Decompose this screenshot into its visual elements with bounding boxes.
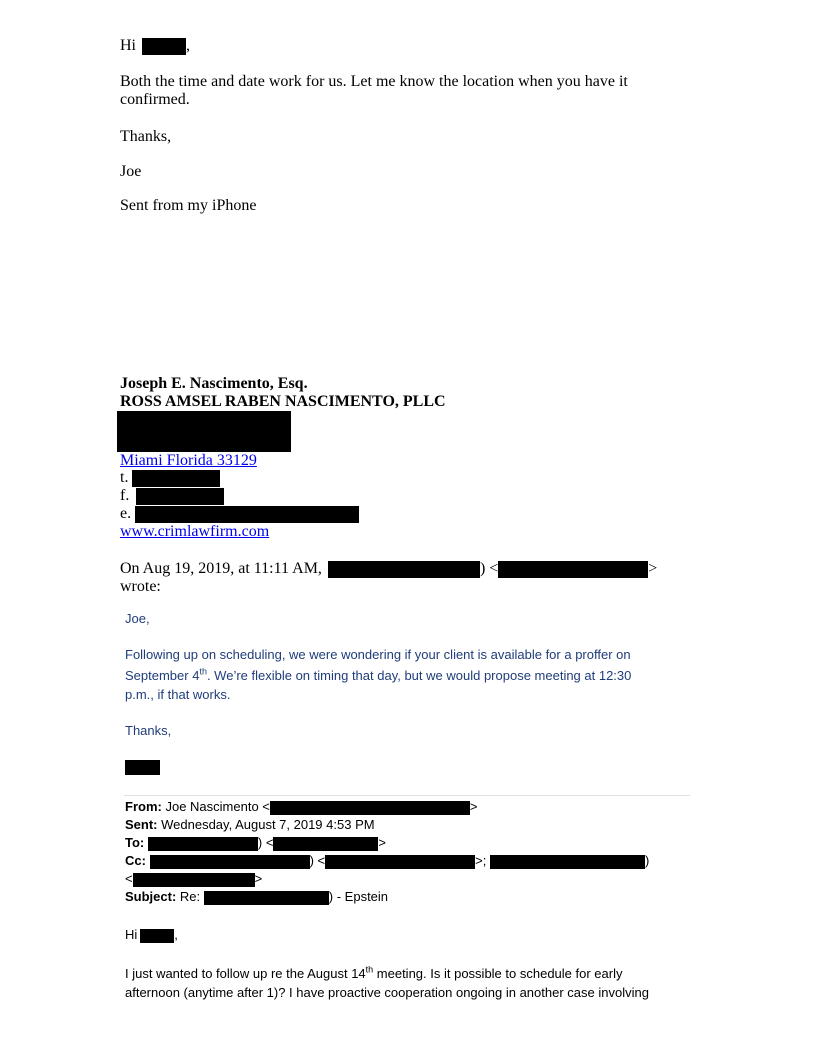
- quoted-para-line-2-rest: . We’re flexible on timing that day, but…: [207, 668, 631, 683]
- reply-body-line-2: confirmed.: [120, 91, 190, 109]
- quoted-greeting: Joe,: [125, 609, 150, 629]
- reply-signoff: Joe: [120, 163, 141, 181]
- to-label: To:: [125, 835, 144, 850]
- header-subject-row: Subject: Re: ) - Epstein: [125, 888, 388, 906]
- header-cc-row: Cc: ) <>; ): [125, 852, 649, 870]
- quoted-closing: Thanks,: [125, 721, 171, 741]
- angle-close: >: [648, 560, 657, 577]
- quoted-intro-line-1: On Aug 19, 2019, at 11:11 AM, ) <>: [120, 560, 657, 578]
- paren-close: ): [480, 560, 485, 577]
- earlier-greeting-text: Hi: [125, 927, 137, 942]
- header-from-row: From: Joe Nascimento <>: [125, 798, 477, 816]
- email-label: e.: [120, 505, 131, 522]
- header-to-row: To: ) <>: [125, 834, 386, 852]
- cc-sep: >;: [475, 853, 486, 868]
- signature-firm: ROSS AMSEL RABEN NASCIMENTO, PLLC: [120, 393, 446, 411]
- message-divider: [124, 795, 690, 796]
- subject-suffix: ) - Epstein: [329, 889, 388, 904]
- redacted-cc-email-2: [133, 873, 255, 887]
- from-label: From:: [125, 799, 162, 814]
- to-tail: >: [378, 835, 386, 850]
- from-value: Joe Nascimento <: [165, 799, 269, 814]
- angle-open: <: [489, 560, 498, 577]
- redacted-cc-name-2: [490, 855, 645, 869]
- reply-closing: Thanks,: [120, 128, 171, 146]
- fax-label: f.: [120, 487, 129, 504]
- quoted-intro-date: On Aug 19, 2019, at 11:11 AM,: [120, 560, 322, 577]
- reply-body-line-1: Both the time and date work for us. Let …: [120, 73, 628, 91]
- redacted-to-name: [148, 837, 258, 851]
- redacted-quoted-signoff: [125, 760, 160, 775]
- header-cc-row-2: <>: [125, 870, 262, 888]
- cc-line2-close: >: [255, 871, 263, 886]
- email-document-page: Hi , Both the time and date work for us.…: [0, 0, 816, 1056]
- redacted-from-email: [270, 801, 470, 815]
- earlier-greeting-punct: ,: [174, 927, 178, 942]
- to-mid: ) <: [258, 835, 274, 850]
- greeting-text: Hi: [120, 37, 136, 54]
- from-tail: >: [470, 799, 478, 814]
- redacted-recipient-name: [142, 38, 186, 55]
- redacted-street-address: [117, 411, 291, 452]
- cc-line2-open: <: [125, 871, 133, 886]
- greeting-punct: ,: [186, 37, 190, 54]
- redacted-subject-case: [204, 891, 329, 905]
- earlier-line-1-start: I just wanted to follow up re the August…: [125, 966, 366, 981]
- redacted-to-email: [273, 837, 378, 851]
- redacted-sender-email: [498, 561, 648, 578]
- earlier-line-2: afternoon (anytime after 1)? I have proa…: [125, 983, 649, 1003]
- redacted-earlier-recipient: [140, 929, 174, 943]
- sent-label: Sent:: [125, 817, 158, 832]
- signature-phone-row: t.: [120, 469, 220, 487]
- earlier-line-1-rest: meeting. Is it possible to schedule for …: [373, 966, 622, 981]
- subject-prefix: Re:: [180, 889, 200, 904]
- quoted-intro-line-2: wrote:: [120, 578, 161, 596]
- cc-mid: ) <: [310, 853, 326, 868]
- address-map-link[interactable]: Miami Florida 33129: [120, 452, 257, 469]
- earlier-line-1: I just wanted to follow up re the August…: [125, 964, 622, 984]
- earlier-greeting: Hi,: [125, 925, 178, 945]
- redacted-phone: [132, 470, 220, 487]
- signature-fax-row: f.: [120, 487, 224, 505]
- redacted-fax: [136, 488, 224, 505]
- phone-label: t.: [120, 469, 128, 486]
- reply-greeting: Hi ,: [120, 37, 190, 55]
- sent-value: Wednesday, August 7, 2019 4:53 PM: [161, 817, 374, 832]
- quoted-date-text: September 4: [125, 668, 199, 683]
- quoted-para-line-1: Following up on scheduling, we were wond…: [125, 645, 631, 665]
- subject-label: Subject:: [125, 889, 176, 904]
- header-sent-row: Sent: Wednesday, August 7, 2019 4:53 PM: [125, 816, 375, 834]
- redacted-email: [135, 506, 359, 523]
- quoted-para-line-2: September 4th. We’re flexible on timing …: [125, 666, 631, 686]
- ordinal-suffix: th: [199, 667, 207, 677]
- signature-name: Joseph E. Nascimento, Esq.: [120, 375, 308, 393]
- device-signature: Sent from my iPhone: [120, 197, 256, 215]
- redacted-cc-name-1: [150, 855, 310, 869]
- redacted-sender-name: [328, 561, 480, 578]
- cc-paren: ): [645, 853, 649, 868]
- website-link[interactable]: www.crimlawfirm.com: [120, 523, 269, 540]
- quoted-para-line-3: p.m., if that works.: [125, 685, 230, 705]
- cc-label: Cc:: [125, 853, 146, 868]
- signature-email-row: e.: [120, 505, 359, 523]
- redacted-cc-email-1: [325, 855, 475, 869]
